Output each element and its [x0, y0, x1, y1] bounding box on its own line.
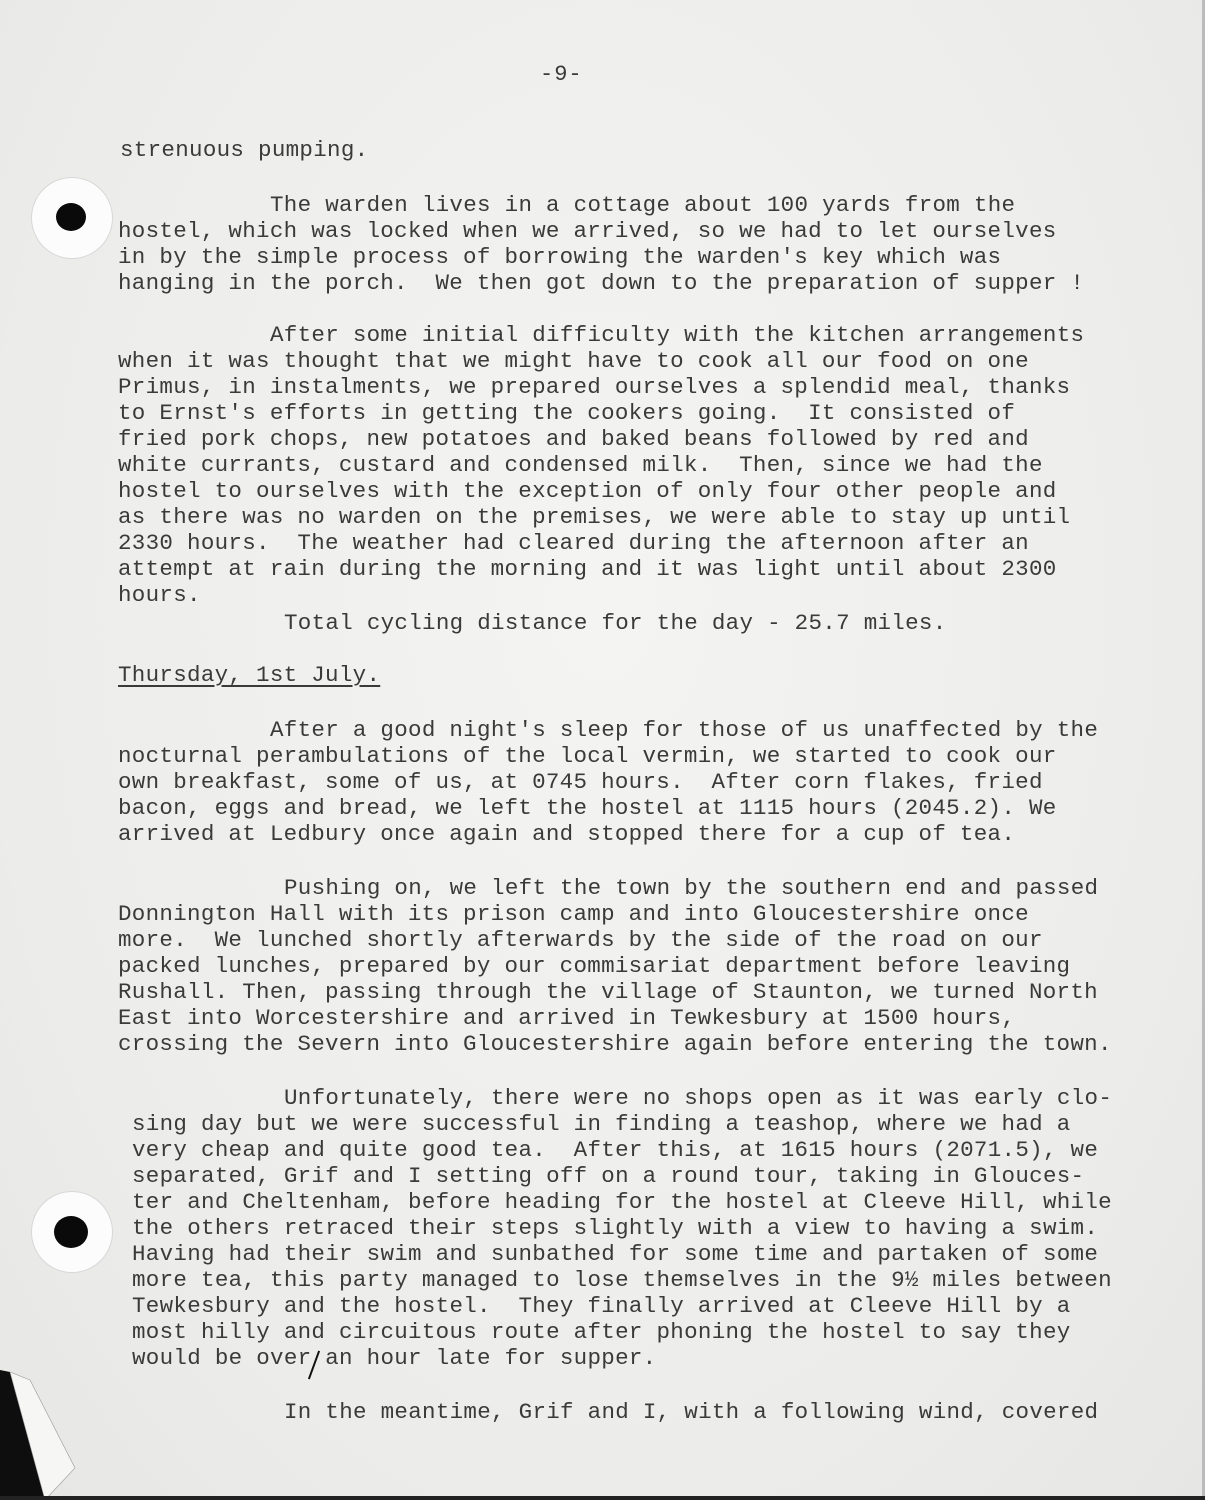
text-line: packed lunches, prepared by our commisar… [118, 953, 1070, 979]
text-line: most hilly and circuitous route after ph… [132, 1319, 1071, 1345]
section-heading: Thursday, 1st July. [118, 662, 380, 688]
text-line: more tea, this party managed to lose the… [132, 1267, 1112, 1293]
text-line: Having had their swim and sunbathed for … [132, 1241, 1098, 1267]
text-line: East into Worcestershire and arrived in … [118, 1005, 1015, 1031]
text-line: own breakfast, some of us, at 0745 hours… [118, 769, 1043, 795]
punch-hole-top [32, 178, 112, 258]
page-edge-bottom [0, 1496, 1205, 1500]
text-line: strenuous pumping. [120, 137, 368, 163]
text-line: After some initial difficulty with the k… [270, 322, 1084, 348]
text-line: when it was thought that we might have t… [118, 348, 1029, 374]
text-line: In the meantime, Grif and I, with a foll… [284, 1399, 1098, 1425]
text-line: more. We lunched shortly afterwards by t… [118, 927, 1043, 953]
text-line: nocturnal perambulations of the local ve… [118, 743, 1057, 769]
text-line: attempt at rain during the morning and i… [118, 556, 1057, 582]
text-line: ter and Cheltenham, before heading for t… [132, 1189, 1112, 1215]
text-line: white currants, custard and condensed mi… [118, 452, 1043, 478]
text-line: The warden lives in a cottage about 100 … [270, 192, 1015, 218]
text-line: Pushing on, we left the town by the sout… [284, 875, 1098, 901]
text-line: Unfortunately, there were no shops open … [284, 1085, 1112, 1111]
text-line: would be over an hour late for supper. [132, 1345, 656, 1371]
text-line: separated, Grif and I setting off on a r… [132, 1163, 1084, 1189]
page-number: -9- [540, 62, 583, 87]
text-line: hanging in the porch. We then got down t… [118, 270, 1084, 296]
text-line: 2330 hours. The weather had cleared duri… [118, 530, 1029, 556]
text-line: as there was no warden on the premises, … [118, 504, 1070, 530]
punch-hole-bottom [32, 1192, 112, 1272]
text-line: fried pork chops, new potatoes and baked… [118, 426, 1029, 452]
text-line: hostel to ourselves with the exception o… [118, 478, 1057, 504]
text-line: the others retraced their steps slightly… [132, 1215, 1098, 1241]
text-line: Total cycling distance for the day - 25.… [284, 610, 947, 636]
text-line: to Ernst's efforts in getting the cooker… [118, 400, 1015, 426]
text-line: Donnington Hall with its prison camp and… [118, 901, 1029, 927]
document-page: -9- strenuous pumping.The warden lives i… [0, 0, 1205, 1500]
text-line: sing day but we were successful in findi… [132, 1111, 1071, 1137]
text-line: bacon, eggs and bread, we left the hoste… [118, 795, 1057, 821]
hole-icon [54, 1216, 88, 1248]
text-line: in by the simple process of borrowing th… [118, 244, 1001, 270]
text-line: Tewkesbury and the hostel. They finally … [132, 1293, 1071, 1319]
text-line: arrived at Ledbury once again and stoppe… [118, 821, 1015, 847]
text-line: Primus, in instalments, we prepared ours… [118, 374, 1070, 400]
text-line: Rushall. Then, passing through the villa… [118, 979, 1098, 1005]
text-line: very cheap and quite good tea. After thi… [132, 1137, 1098, 1163]
text-line: hostel, which was locked when we arrived… [118, 218, 1057, 244]
text-line: hours. [118, 582, 201, 608]
text-line: After a good night's sleep for those of … [270, 717, 1098, 743]
hole-icon [56, 203, 86, 231]
text-line: crossing the Severn into Gloucestershire… [118, 1031, 1112, 1057]
